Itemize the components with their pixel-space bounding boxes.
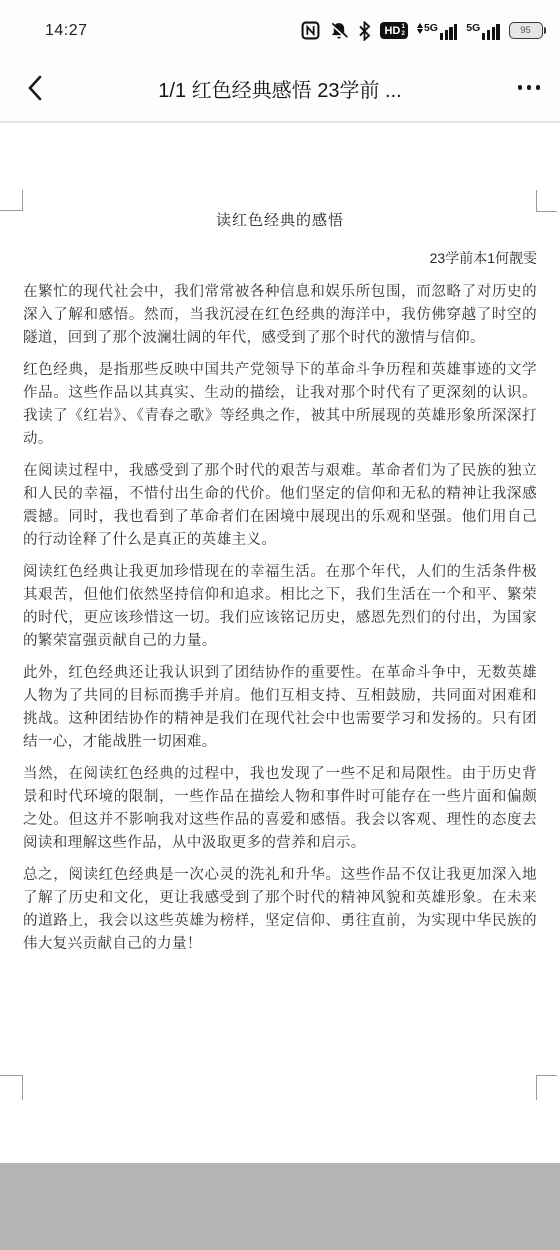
chevron-left-icon: [26, 75, 44, 101]
margin-mark-bottom-right: [536, 1075, 557, 1100]
notifications-muted-icon: [329, 21, 349, 41]
status-bar: 14:27: [0, 0, 560, 55]
clock: 14:27: [45, 22, 88, 40]
doc-paragraph: 阅读红色经典让我更加珍惜现在的幸福生活。在那个年代，人们的生活条件极其艰苦，但他…: [23, 561, 537, 653]
nfc-icon: [301, 21, 320, 40]
essay-title: 读红色经典的感悟: [0, 123, 560, 230]
bluetooth-icon: [358, 21, 371, 41]
data-activity-arrows: [417, 23, 423, 34]
doc-paragraph: 总之，阅读红色经典是一次心灵的洗礼和升华。这些作品不仅让我更加深入地了解了历史和…: [23, 864, 537, 956]
signal-sim2-icon: 5G: [466, 22, 499, 40]
margin-mark-bottom-left: [0, 1075, 23, 1100]
status-icons: HD 1 2 5G 5G 95: [301, 21, 546, 41]
doc-paragraph: 在繁忙的现代社会中，我们常常被各种信息和娱乐所包围，而忽略了对历史的深入了解和感…: [23, 281, 537, 350]
doc-paragraph: 红色经典，是指那些反映中国共产党领导下的革命斗争历程和英雄事迹的文学作品。这些作…: [23, 359, 537, 451]
nav-bar: 1/1 红色经典感悟 23学前 ...: [0, 55, 560, 121]
essay-body: 在繁忙的现代社会中，我们常常被各种信息和娱乐所包围，而忽略了对历史的深入了解和感…: [0, 268, 560, 956]
signal-sim1-icon: 5G: [417, 22, 457, 40]
battery-percent: 95: [520, 25, 531, 36]
margin-mark-top-right: [536, 190, 557, 212]
overflow-menu-button[interactable]: [516, 79, 543, 96]
document-title-bar: 1/1 红色经典感悟 23学前 ...: [0, 74, 560, 103]
back-button[interactable]: [20, 73, 50, 103]
volte-hd-icon: HD 1 2: [380, 22, 408, 39]
phone-screen: 14:27: [0, 0, 560, 1250]
doc-paragraph: 此外，红色经典还让我认识到了团结协作的重要性。在革命斗争中，无数英雄人物为了共同…: [23, 662, 537, 754]
doc-paragraph: 在阅读过程中，我感受到了那个时代的艰苦与艰难。革命者们为了民族的独立和人民的幸福…: [23, 460, 537, 552]
essay-author: 23学前本1何靓雯: [0, 248, 560, 268]
battery-icon: 95: [509, 22, 547, 39]
document-page[interactable]: 读红色经典的感悟 23学前本1何靓雯 在繁忙的现代社会中，我们常常被各种信息和娱…: [0, 123, 560, 1163]
doc-paragraph: 当然，在阅读红色经典的过程中，我也发现了一些不足和局限性。由于历史背景和时代环境…: [23, 763, 537, 855]
margin-mark-top-left: [0, 190, 23, 211]
page-background-area: [0, 1163, 560, 1250]
